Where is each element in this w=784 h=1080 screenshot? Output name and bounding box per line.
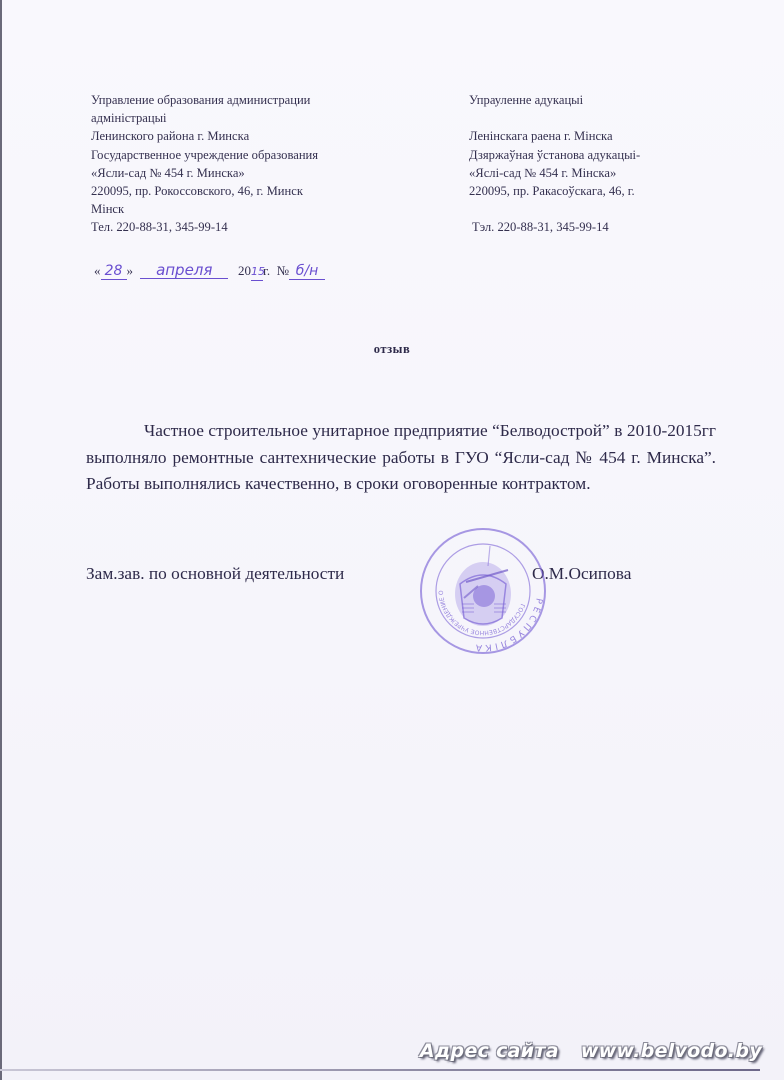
- site-url: www.belvodo.by: [581, 1040, 762, 1062]
- document-page: Управление образования администрации адм…: [0, 0, 784, 1080]
- official-seal-stamp-icon: РЕСПУБЛІКА ГОСУДАРСТВЕННОЕ УЧРЕЖДЕНИЕ ОБ…: [418, 526, 548, 656]
- letterhead-line: Дзяржаўная ўстанова адукацыі-: [469, 146, 729, 164]
- letterhead-line: Ленинского района г. Минска: [91, 127, 391, 145]
- letterhead-line: Государственное учреждение образования: [91, 146, 391, 164]
- letterhead-line: Мінск: [91, 200, 391, 218]
- letterhead-line: Ленінскага раена г. Мінска: [469, 127, 729, 145]
- document-body: Частное строительное унитарное предприят…: [86, 418, 716, 498]
- document-title: отзыв: [0, 342, 784, 357]
- letterhead-line: Управление образования администрации: [91, 91, 391, 109]
- letterhead-line: 220095, пр. Рокоссовского, 46, г. Минск: [91, 182, 391, 200]
- handwritten-month: апреля: [140, 262, 228, 279]
- letterhead-blank: [469, 109, 729, 127]
- year-prefix: 20: [238, 263, 251, 278]
- letterhead-line: Тел. 220-88-31, 345-99-14: [91, 218, 391, 236]
- registration-line: «28» апреля 2015г. №б/н: [94, 262, 325, 281]
- letterhead-line: Упрауленне адукацыі: [469, 91, 729, 109]
- letterhead-line: «Ясли-сад № 454 г. Минска»: [91, 164, 391, 182]
- year-unit: г.: [263, 263, 270, 278]
- letterhead-belarusian: Упрауленне адукацыі Ленінскага раена г. …: [469, 91, 729, 237]
- body-text: Частное строительное унитарное предприят…: [86, 421, 716, 493]
- signatory-role: Зам.зав. по основной деятельности: [86, 564, 344, 584]
- letterhead-line: адміністрацыі: [91, 109, 391, 127]
- handwritten-year: 15: [251, 264, 263, 281]
- letterhead-line: Тэл. 220-88-31, 345-99-14: [469, 218, 729, 236]
- letterhead-blank: [469, 200, 729, 218]
- letterhead-line: 220095, пр. Ракасоўскага, 46, г.: [469, 182, 729, 200]
- number-label: №: [277, 263, 289, 278]
- footer-divider: [0, 1069, 760, 1071]
- handwritten-day: 28: [101, 263, 127, 280]
- website-watermark: Адрес сайтаwww.belvodo.by: [420, 1040, 762, 1062]
- handwritten-number: б/н: [289, 263, 325, 280]
- letterhead-russian: Управление образования администрации адм…: [91, 91, 391, 237]
- letterhead-line: «Яслі-сад № 454 г. Мінска»: [469, 164, 729, 182]
- site-label: Адрес сайта: [420, 1040, 559, 1062]
- page-edge-shadow: [0, 0, 2, 1080]
- quote-close: »: [127, 263, 134, 278]
